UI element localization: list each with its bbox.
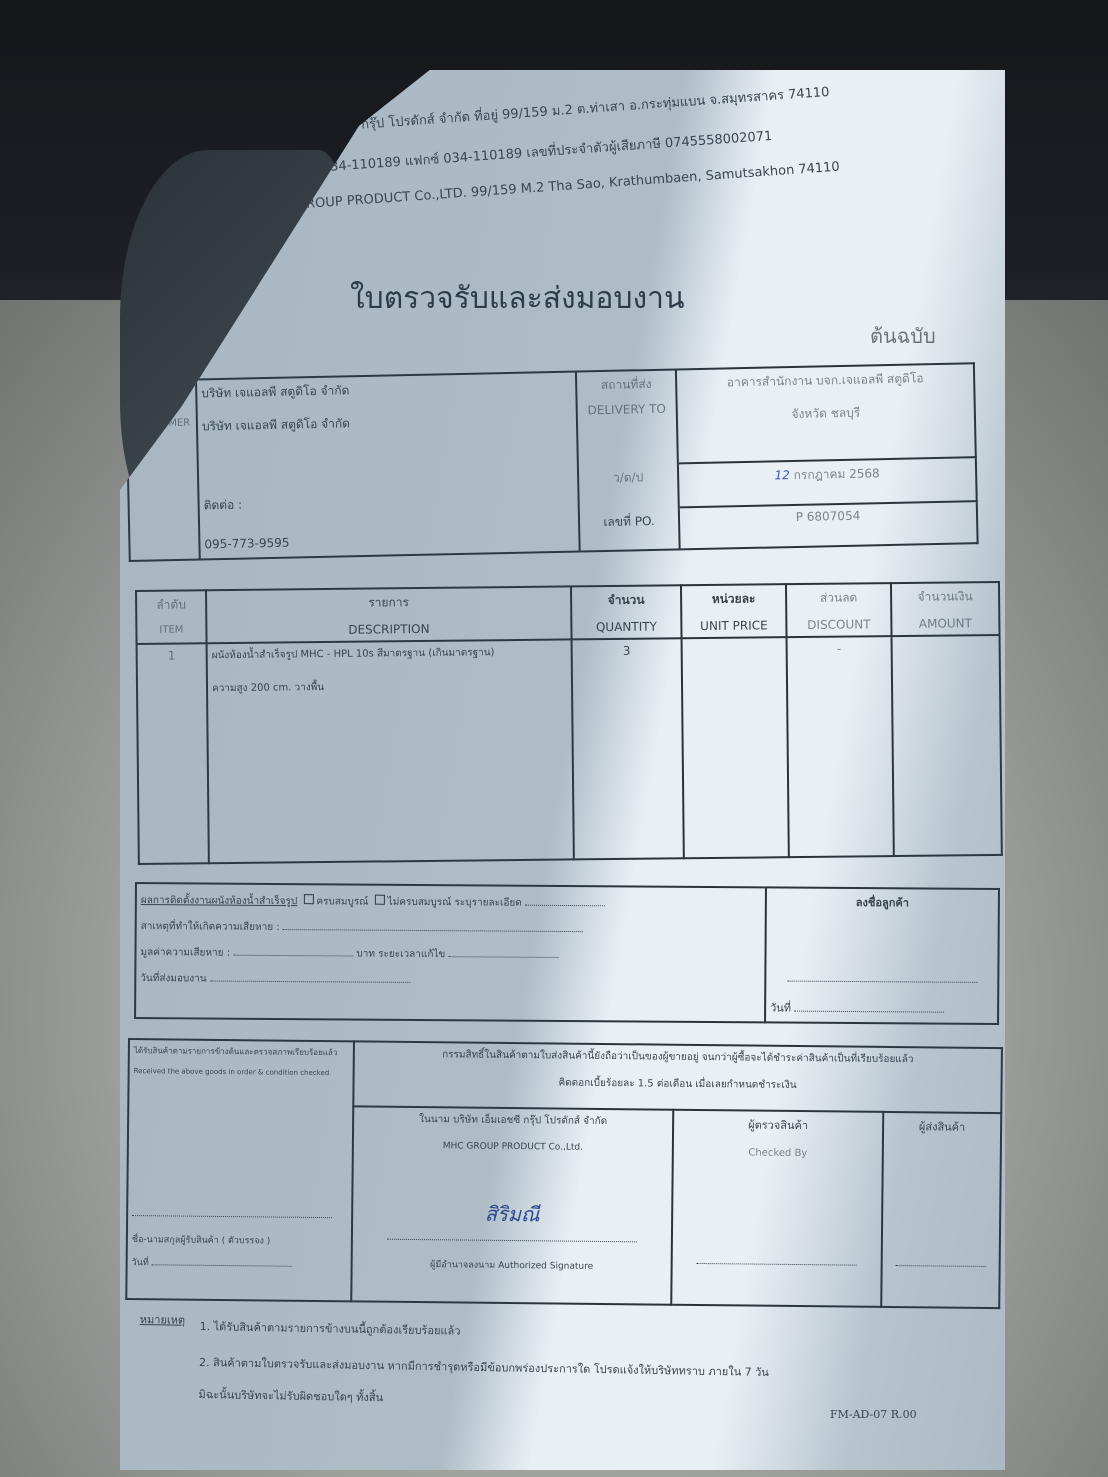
note-2: 2. สินค้าตามใบตรวจรับและส่งมอบงาน หากมีก… (199, 1353, 959, 1384)
received-text-th: ได้รับสินค้าตามรายการข้างต้นและตรวจสภาพเ… (134, 1044, 349, 1059)
inspection-details: ผลการติดตั้งงานผนังห้องน้ำสำเร็จรูป ครบส… (135, 883, 766, 1022)
incomplete-checkbox[interactable] (375, 895, 385, 905)
customer-date-label: วันที่ (770, 1001, 791, 1014)
authorized-signature: สิริมณี (357, 1196, 667, 1231)
checker-label-en: Checked By (678, 1147, 878, 1160)
customer-info-cell: บริษัท เจแอลพี สตูดิโอ จำกัด บริษัท เจแอ… (196, 372, 580, 560)
customer-sign-label: ลงชื่อลูกค้า (771, 892, 994, 912)
items-header-row: ลำดับITEM รายการDESCRIPTION จำนวนQUANTIT… (136, 582, 1000, 644)
header-quantity: จำนวนQUANTITY (571, 585, 682, 639)
checker-signature-field[interactable] (697, 1253, 857, 1266)
inspection-table: ผลการติดตั้งงานผนังห้องน้ำสำเร็จรูป ครบส… (134, 882, 1000, 1025)
sender-cell: ผู้ส่งสินค้า (881, 1112, 1001, 1308)
row-item-number: 1 (137, 643, 209, 864)
row-amount (892, 635, 1002, 856)
checker-label-th: ผู้ตรวจสินค้า (678, 1115, 878, 1135)
incomplete-option-label: ไม่ครบสมบูรณ์ ระบุรายละเอียด (388, 897, 522, 909)
on-behalf-th: ในนาม บริษัท เอ็มเอชซี กรุ๊ป โปรดักส์ จำ… (358, 1111, 668, 1129)
notes-label: หมายเหตุ (140, 1313, 186, 1327)
delivery-address-1: อาคารสำนักงาน บจก.เจแอลพี สตูดิโอ (681, 368, 969, 393)
damage-value-field[interactable] (233, 945, 353, 957)
document-title: ใบตรวจรับและส่งมอบงาน (350, 275, 685, 322)
customer-phone: 095-773-9595 (204, 530, 574, 552)
complete-option-label: ครบสมบูรณ์ (316, 896, 368, 907)
form-code: FM-AD-07 R.00 (830, 1408, 917, 1421)
description-line-2: ความสูง 200 cm. วางพื้น (212, 677, 567, 696)
receiver-signature-field[interactable] (132, 1205, 332, 1218)
damage-value-label: มูลค่าความเสียหาย : (140, 947, 230, 959)
damage-cause-field[interactable] (283, 919, 583, 932)
table-row: 1 ผนังห้องน้ำสำเร็จรูป MHC - HPL 10s สีม… (137, 635, 1002, 864)
header-unit-price: หน่วยละUNIT PRICE (681, 584, 787, 638)
ownership-note: กรรมสิทธิ์ในสินค้าตามใบส่งสินค้านี้ยังถื… (359, 1046, 997, 1068)
install-result-label: ผลการติดตั้งงานผนังห้องน้ำสำเร็จรูป (141, 895, 297, 907)
items-table: ลำดับITEM รายการDESCRIPTION จำนวนQUANTIT… (135, 581, 1003, 865)
note-1: 1. ได้รับสินค้าตามรายการข้างบนนี้ถูกต้อง… (200, 1317, 960, 1348)
customer-name-1: บริษัท เจแอลพี สตูดิโอ จำกัด (201, 377, 571, 404)
header-amount: จำนวนเงินAMOUNT (891, 582, 1000, 636)
received-text-en: Received the above goods in order & cond… (134, 1067, 349, 1077)
checker-cell: ผู้ตรวจสินค้า Checked By (671, 1110, 883, 1307)
fix-time-label: ระยะเวลาแก้ไข (378, 949, 445, 960)
delivery-label-en: DELIVERY TO (582, 402, 672, 418)
copy-label: ต้นฉบับ (870, 320, 936, 352)
receiver-date-field[interactable] (152, 1254, 292, 1266)
baht-label: บาท (356, 949, 375, 960)
header-description: รายการDESCRIPTION (206, 586, 572, 643)
customer-delivery-table: ลูกค้า CUSTOMER บริษัท เจแอลพี สตูดิโอ จ… (125, 362, 979, 562)
delivery-date-field[interactable] (210, 971, 410, 983)
complete-checkbox[interactable] (303, 894, 313, 904)
delivery-label-cell: สถานที่ส่ง DELIVERY TO (576, 369, 678, 465)
sender-label-th: ผู้ส่งสินค้า (888, 1117, 996, 1136)
ownership-note-cell: กรรมสิทธิ์ในสินค้าตามใบส่งสินค้านี้ยังถื… (353, 1041, 1002, 1113)
notes-section: หมายเหตุ 1. ได้รับสินค้าตามรายการข้างบนน… (138, 1310, 959, 1416)
row-quantity: 3 (572, 638, 684, 859)
contact-label: ติดต่อ : (203, 489, 573, 516)
row-description: ผนังห้องน้ำสำเร็จรูป MHC - HPL 10s สีมาต… (207, 639, 574, 863)
header-item: ลำดับITEM (136, 590, 207, 644)
on-behalf-en: MHC GROUP PRODUCT Co.,Ltd. (358, 1140, 668, 1153)
date-label: ว/ด/ป (578, 463, 679, 509)
receiver-name-label: ชื่อ-นามสกุลผู้รับสินค้า ( ตัวบรรจง ) (132, 1232, 347, 1248)
interest-note: คิดดอกเบี้ยร้อยละ 1.5 ต่อเดือน เมื่อเลยก… (358, 1073, 996, 1095)
handwritten-day: 12 (774, 468, 790, 482)
header-discount: ส่วนลดDISCOUNT (786, 583, 892, 637)
delivery-address-cell: อาคารสำนักงาน บจก.เจแอลพี สตูดิโอ จังหวั… (676, 363, 976, 463)
receiver-cell: ได้รับสินค้าตามรายการข้างต้นและตรวจสภาพเ… (126, 1039, 354, 1301)
delivery-label-th: สถานที่ส่ง (581, 375, 671, 396)
customer-signature-field[interactable] (787, 971, 977, 983)
description-line-1: ผนังห้องน้ำสำเร็จรูป MHC - HPL 10s สีมาต… (212, 644, 567, 663)
sender-signature-field[interactable] (896, 1255, 986, 1267)
delivery-date-label: วันที่ส่งมอบงาน (140, 973, 206, 984)
customer-date-field[interactable] (795, 1001, 945, 1013)
fix-time-field[interactable] (448, 946, 558, 958)
customer-signature-cell: ลงชื่อลูกค้า วันที่ (765, 887, 999, 1024)
authorized-signature-line (387, 1229, 637, 1243)
po-label: เลขที่ PO. (579, 507, 680, 551)
date-month-year: กรกฎาคม 2568 (794, 466, 880, 482)
delivery-address-2: จังหวัด ชลบุรี (682, 401, 970, 426)
receiver-date-label: วันที่ (132, 1258, 149, 1268)
row-unit-price (682, 637, 789, 858)
po-number: P 6807054 (679, 501, 978, 550)
footer-signature-table: ได้รับสินค้าตามรายการข้างต้นและตรวจสภาพเ… (125, 1038, 1003, 1309)
row-discount: - (787, 636, 894, 857)
customer-name-2: บริษัท เจแอลพี สตูดิโอ จำกัด (202, 410, 572, 437)
company-signature-cell: ในนาม บริษัท เอ็มเอชซี กรุ๊ป โปรดักส์ จำ… (351, 1106, 673, 1304)
detail-field[interactable] (525, 895, 605, 907)
authorized-label: ผู้มีอำนาจลงนาม Authorized Signature (357, 1256, 667, 1273)
damage-cause-label: สาเหตุที่ทำให้เกิดความเสียหาย : (141, 921, 280, 933)
delivery-date: 12 กรกฎาคม 2568 (678, 457, 977, 507)
